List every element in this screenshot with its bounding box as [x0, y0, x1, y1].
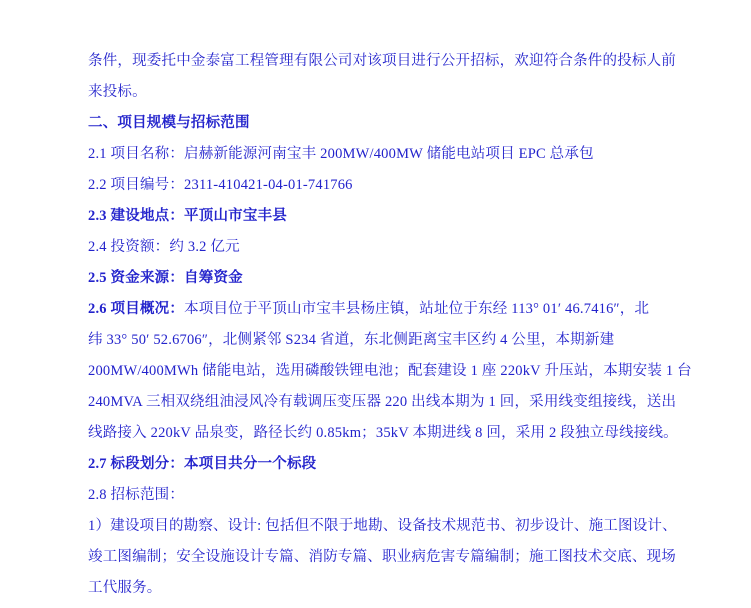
- text-line-sections: 2.7 标段划分：本项目共分一个标段: [88, 449, 671, 480]
- text-line: 1）建设项目的勘察、设计: 包括但不限于地勘、设备技术规范书、初步设计、施工图设…: [88, 511, 671, 542]
- text-line: 240MVA 三相双绕组油浸风冷有载调压变压器 220 出线本期为 1 回，采用…: [88, 387, 671, 418]
- text-line: 纬 33° 50′ 52.6706″，北侧紧邻 S234 省道，东北侧距离宝丰区…: [88, 325, 671, 356]
- text-line: 来投标。: [88, 77, 671, 108]
- text-line-overview: 2.6 项目概况：本项目位于平顶山市宝丰县杨庄镇，站址位于东经 113° 01′…: [88, 294, 671, 325]
- text-line: 线路接入 220kV 品泉变，路径长约 0.85km；35kV 本期进线 8 回…: [88, 418, 671, 449]
- text-line-project-name: 2.1 项目名称：启赫新能源河南宝丰 200MW/400MW 储能电站项目 EP…: [88, 139, 671, 170]
- text-line-investment: 2.4 投资额：约 3.2 亿元: [88, 232, 671, 263]
- text-line: 竣工图编制；安全设施设计专篇、消防专篇、职业病危害专篇编制；施工图技术交底、现场: [88, 542, 671, 573]
- text-line: 工代服务。: [88, 573, 671, 604]
- document-content: 条件，现委托中金泰富工程管理有限公司对该项目进行公开招标，欢迎符合条件的投标人前…: [0, 0, 751, 604]
- text-line-funding: 2.5 资金来源：自筹资金: [88, 263, 671, 294]
- text-line-location: 2.3 建设地点：平顶山市宝丰县: [88, 201, 671, 232]
- section-heading: 二、项目规模与招标范围: [88, 108, 671, 139]
- text-line: 200MW/400MWh 储能电站，选用磷酸铁锂电池；配套建设 1 座 220k…: [88, 356, 671, 387]
- text-line: 条件，现委托中金泰富工程管理有限公司对该项目进行公开招标，欢迎符合条件的投标人前: [88, 46, 671, 77]
- document-page: 条件，现委托中金泰富工程管理有限公司对该项目进行公开招标，欢迎符合条件的投标人前…: [0, 0, 751, 608]
- overview-label: 2.6 项目概况：: [88, 301, 184, 317]
- text-line-scope: 2.8 招标范围：: [88, 480, 671, 511]
- overview-text: 本项目位于平顶山市宝丰县杨庄镇，站址位于东经 113° 01′ 46.7416″…: [184, 301, 649, 317]
- text-line-project-number: 2.2 项目编号：2311-410421-04-01-741766: [88, 170, 671, 201]
